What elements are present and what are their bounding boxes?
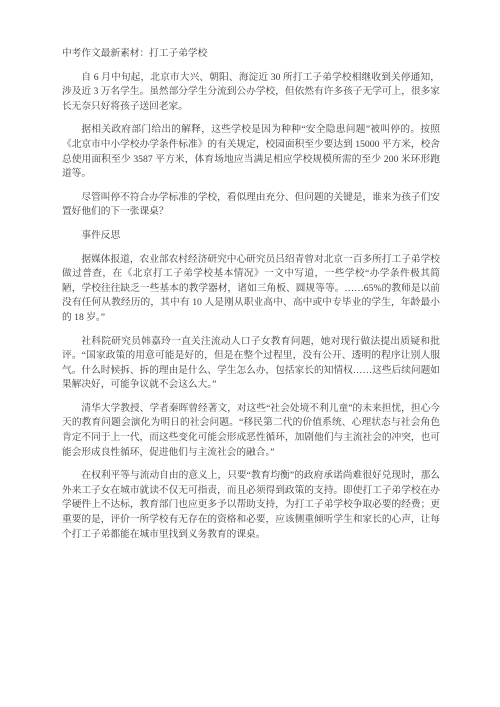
- paragraph: 据媒体报道，农业部农村经济研究中心研究员吕绍青曾对北京一百多所打工子弟学校做过普…: [62, 253, 440, 326]
- section-heading: 事件反思: [62, 229, 440, 244]
- paragraph: 在权利平等与流动自由的意义上，只要“教育均衡”的政府承诺尚难很好兑现时，那么外来…: [62, 469, 440, 542]
- document-page: 中考作文最新素材：打工子弟学校 自 6 月中旬起，北京市大兴、朝阳、海淀近 30…: [0, 0, 500, 707]
- article-title: 中考作文最新素材：打工子弟学校: [62, 47, 440, 62]
- article-body: 自 6 月中旬起，北京市大兴、朝阳、海淀近 30 所打工子弟学校相继收到关停通知…: [62, 71, 440, 543]
- paragraph: 自 6 月中旬起，北京市大兴、朝阳、海淀近 30 所打工子弟学校相继收到关停通知…: [62, 71, 440, 115]
- paragraph: 清华大学教授、学者秦晖曾经著文，对这些“社会处境不利儿童”的未来担忧，担心今天的…: [62, 402, 440, 460]
- paragraph: 据相关政府部门给出的解释，这些学校是因为种种“安全隐患问题”被叫停的。按照《北京…: [62, 123, 440, 181]
- paragraph: 社科院研究员韩嘉玲一直关注流动人口子女教育问题，她对现行做法提出质疑和批评。“国…: [62, 335, 440, 393]
- paragraph: 尽管叫停不符合办学标准的学校，看似理由充分、但问题的关键是，谁来为孩子们安置好他…: [62, 191, 440, 220]
